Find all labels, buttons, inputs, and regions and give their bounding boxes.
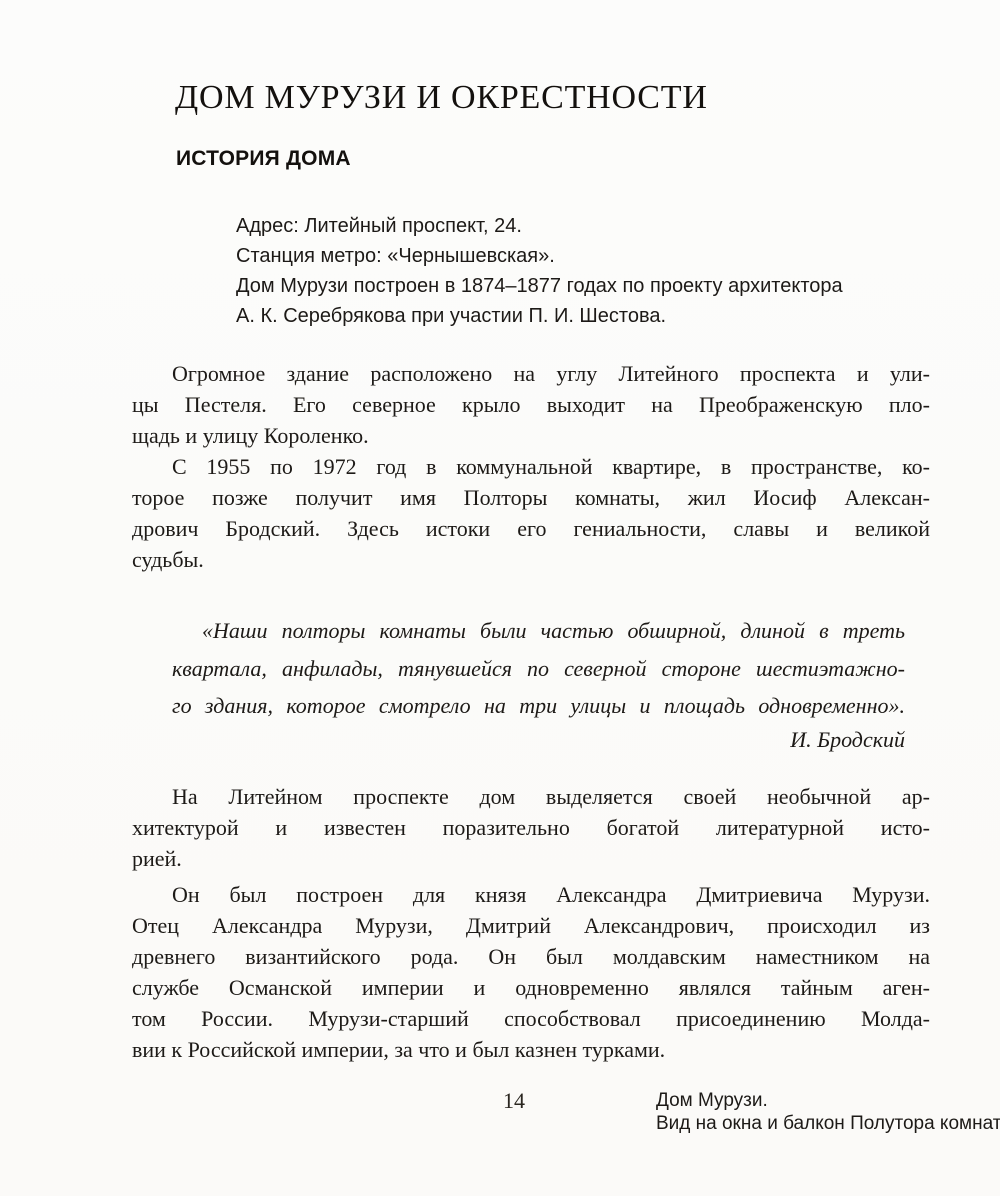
text-line: торое позже получит имя Полторы комнаты,…	[132, 482, 930, 513]
text-line: Вид на окна и балкон Полутора комнат	[656, 1113, 996, 1136]
text-line: Адрес: Литейный проспект, 24.	[236, 211, 926, 241]
text-line: А. К. Серебрякова при участии П. И. Шест…	[236, 301, 926, 331]
text-line: «Наши полторы комнаты были частью обширн…	[172, 612, 905, 650]
text-line: Огромное здание расположено на углу Лите…	[132, 358, 930, 389]
quote-block: «Наши полторы комнаты были частью обширн…	[172, 612, 905, 757]
paragraph-architecture: На Литейном проспекте дом выделяется сво…	[132, 781, 930, 874]
info-block: Адрес: Литейный проспект, 24.Станция мет…	[236, 211, 926, 331]
text-line: судьбы.	[132, 544, 930, 575]
text-line: дрович Бродский. Здесь истоки его гениал…	[132, 513, 930, 544]
text-line: том России. Мурузи-старший способствовал…	[132, 1003, 930, 1034]
text-line: го здания, которое смотрело на три улицы…	[172, 687, 905, 725]
section-heading: ИСТОРИЯ ДОМА	[176, 146, 351, 171]
text-line: древнего византийского рода. Он был молд…	[132, 941, 930, 972]
text-line: Дом Мурузи.	[656, 1090, 996, 1113]
quote-attribution: И. Бродский	[172, 723, 905, 757]
body-text: Огромное здание расположено на углу Лите…	[132, 358, 930, 1065]
page-title: ДОМ МУРУЗИ И ОКРЕСТНОСТИ	[175, 78, 708, 117]
paragraph-muruzi-history: Он был построен для князя Александра Дми…	[132, 879, 930, 1065]
text-line: цы Пестеля. Его северное крыло выходит н…	[132, 389, 930, 420]
photo-caption: Дом Мурузи.Вид на окна и балкон Полутора…	[656, 1090, 996, 1135]
page-number: 14	[503, 1088, 525, 1114]
quote-text: «Наши полторы комнаты были частью обширн…	[172, 612, 905, 725]
text-line: службе Османской империи и одновременно …	[132, 972, 930, 1003]
text-line: хитектурой и известен поразительно богат…	[132, 812, 930, 843]
book-page: ДОМ МУРУЗИ И ОКРЕСТНОСТИ ИСТОРИЯ ДОМА Ад…	[0, 0, 1000, 1196]
text-line: вии к Российской империи, за что и был к…	[132, 1034, 930, 1065]
text-line: Станция метро: «Чернышевская».	[236, 241, 926, 271]
text-line: Дом Мурузи построен в 1874–1877 годах по…	[236, 271, 926, 301]
text-line: Он был построен для князя Александра Дми…	[132, 879, 930, 910]
paragraph-building-location: Огромное здание расположено на углу Лите…	[132, 358, 930, 451]
text-line: На Литейном проспекте дом выделяется сво…	[132, 781, 930, 812]
text-line: щадь и улицу Короленко.	[132, 420, 930, 451]
text-line: квартала, анфилады, тянувшейся по северн…	[172, 650, 905, 688]
text-line: Отец Александра Мурузи, Дмитрий Александ…	[132, 910, 930, 941]
text-line: С 1955 по 1972 год в коммунальной кварти…	[132, 451, 930, 482]
paragraph-brodsky-lived: С 1955 по 1972 год в коммунальной кварти…	[132, 451, 930, 575]
text-line: рией.	[132, 843, 930, 874]
